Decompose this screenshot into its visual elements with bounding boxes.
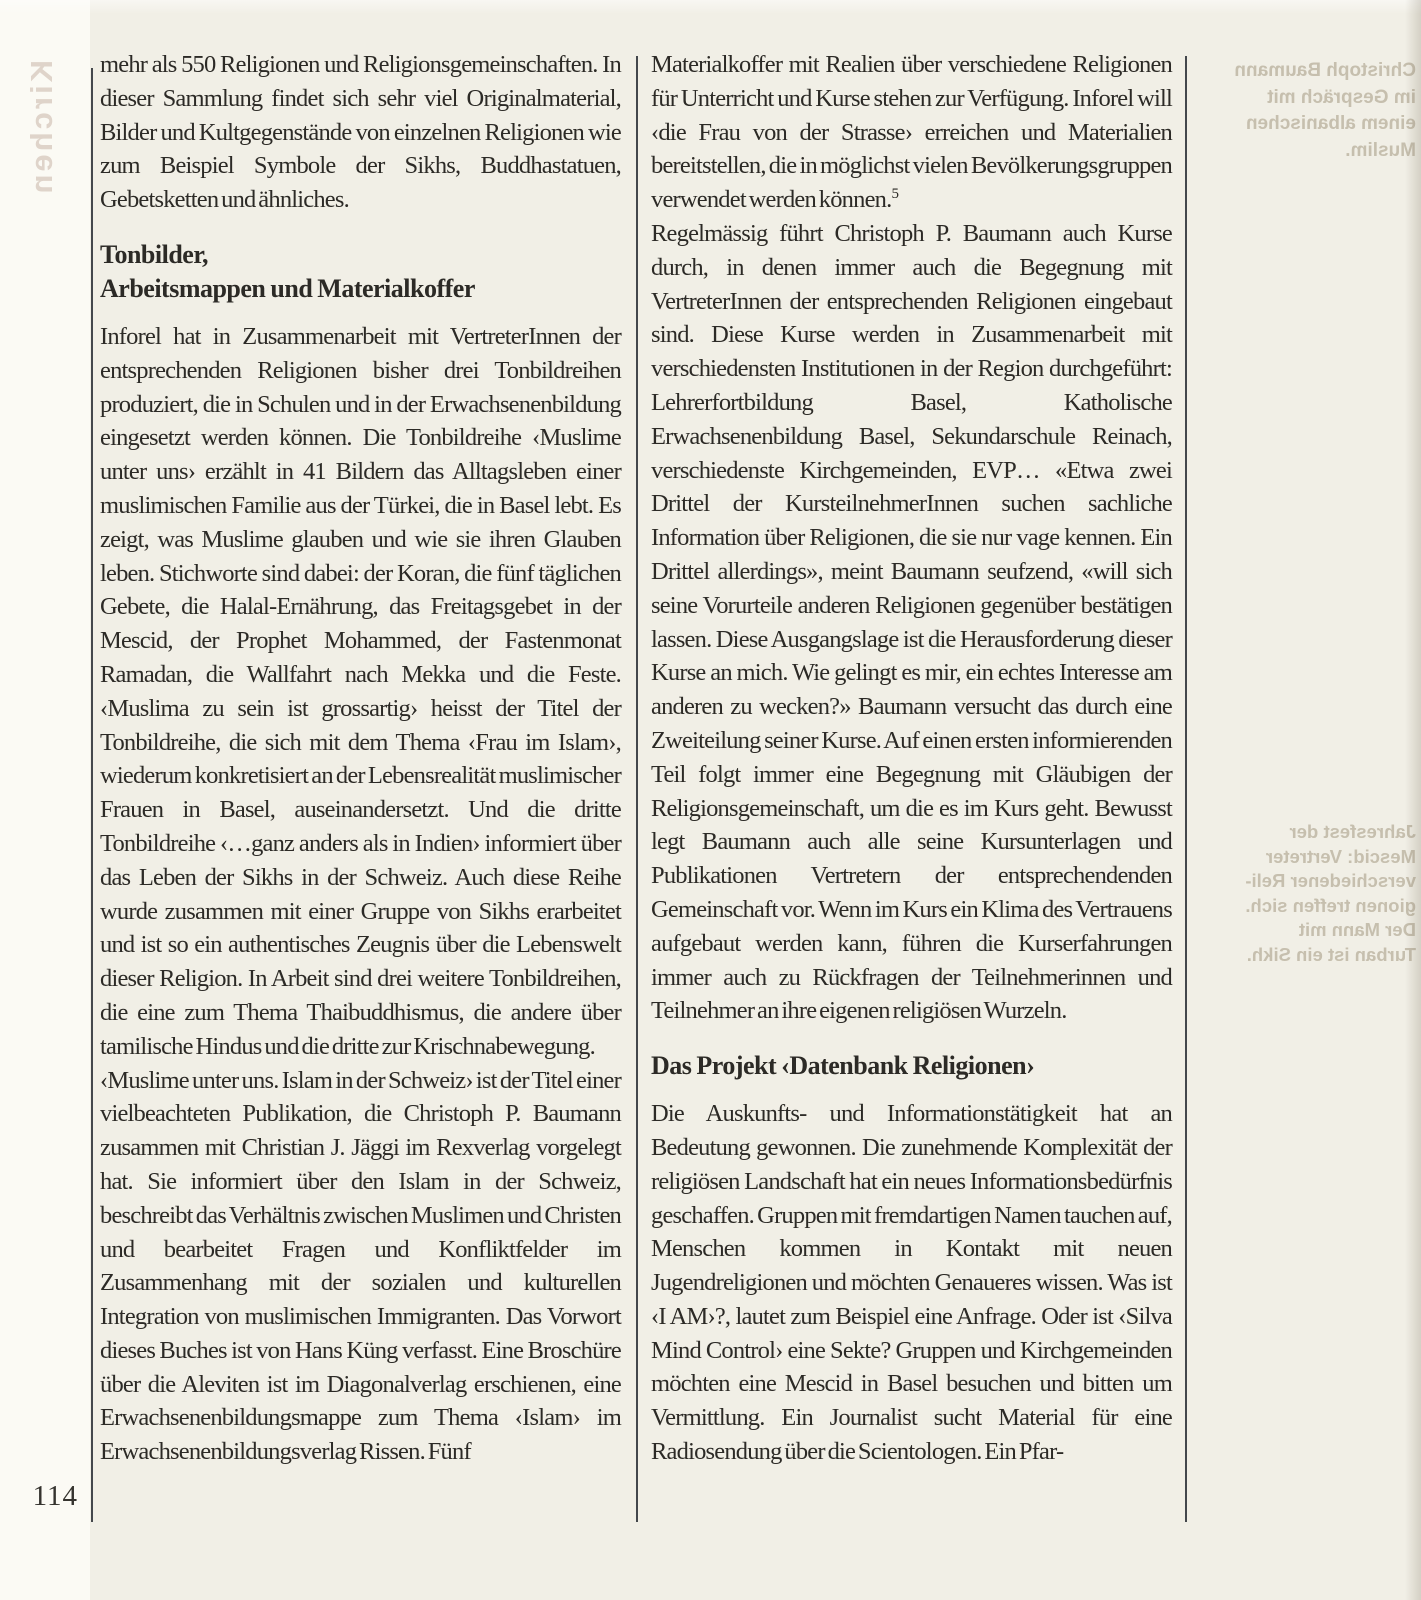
heading-line: Das Projekt ‹Datenbank Religionen› <box>651 1049 1172 1083</box>
paragraph: Regelmässig führt Christoph P. Baumann a… <box>651 217 1172 1028</box>
column-rule-left <box>91 68 93 1522</box>
scan-shading-right-edge <box>1405 0 1421 1600</box>
photo-caption-bleed-through: Christoph Baumann im Gespräch mit einem … <box>1202 58 1416 164</box>
paragraph: Die Auskunfts- und Informationstätigkeit… <box>651 1097 1172 1469</box>
spine-tab-bleed: Kirchen <box>24 60 70 220</box>
caption-line: Muslim. <box>1202 138 1416 165</box>
caption-line: einem albanischen <box>1202 111 1416 138</box>
caption-line: Christoph Baumann <box>1202 58 1416 85</box>
caption-line: im Gespräch mit <box>1202 85 1416 112</box>
paragraph: ‹Muslime unter uns. Islam in der Schweiz… <box>100 1064 621 1470</box>
left-margin-strip <box>0 0 90 1600</box>
column-rule-middle <box>636 56 638 1522</box>
footnote-reference: 5 <box>891 186 899 202</box>
caption-line: Der Mann mit <box>1202 918 1416 943</box>
caption-line: Jahresfest der <box>1202 820 1416 845</box>
paragraph: Materialkoffer mit Realien über verschie… <box>651 48 1172 217</box>
caption-line: verschiedener Reli- <box>1202 869 1416 894</box>
paragraph: Inforel hat in Zusammenarbeit mit Vertre… <box>100 320 621 1064</box>
section-heading-datenbank: Das Projekt ‹Datenbank Religionen› <box>651 1049 1172 1083</box>
photo-caption-bleed-through: Jahresfest der Mescid: Vertreter verschi… <box>1202 820 1416 967</box>
section-heading-tonbilder: Tonbilder, Arbeitsmappen und Materialkof… <box>100 238 621 306</box>
scanned-page: Kirchen mehr als 550 Religionen und Reli… <box>0 0 1421 1600</box>
left-column: mehr als 550 Religionen und Religionsgem… <box>100 48 621 1469</box>
heading-line: Tonbilder, <box>100 238 621 272</box>
heading-line: Arbeitsmappen und Materialkoffer <box>100 272 621 306</box>
caption-line: Turban ist ein Sikh. <box>1202 943 1416 968</box>
column-rule-right <box>1185 56 1187 1522</box>
caption-line: Mescid: Vertreter <box>1202 845 1416 870</box>
right-column: Materialkoffer mit Realien über verschie… <box>651 48 1172 1469</box>
paragraph-text: Materialkoffer mit Realien über verschie… <box>651 51 1172 213</box>
caption-line: gionen treffen sich. <box>1202 894 1416 919</box>
scan-shading-top <box>0 0 1421 14</box>
paragraph-continuation: mehr als 550 Religionen und Religionsgem… <box>100 48 621 217</box>
page-number: 114 <box>18 1480 78 1513</box>
